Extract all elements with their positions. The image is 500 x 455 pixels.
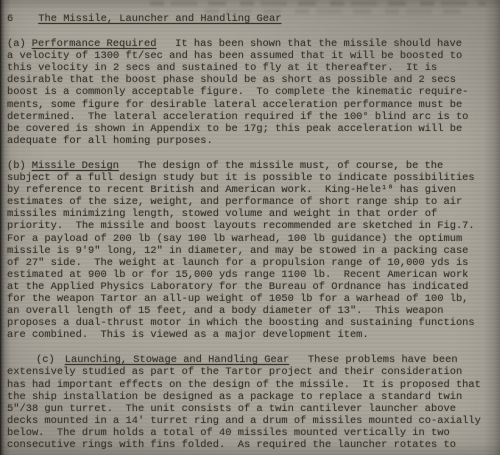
text-line: consecutive rings with fins folded. As r… [7,439,494,451]
text-line: determined. The lateral acceleration req… [7,111,494,123]
text-line: ments, some figure for desirable lateral… [7,99,494,111]
text-line: of 27" side. The weight at launch for a … [7,257,494,269]
section-heading: 6The Missile, Launcher and Handling Gear [7,13,494,25]
text-line: below. The drum holds a total of 40 miss… [7,427,494,439]
text-line: subject of a full design study but it is… [7,172,494,184]
text-line: be covered is shown in Appendix to be 17… [7,123,494,135]
bleed-through-ghost-text [150,1,486,6]
text-line: (c)Launching, Stowage and Handling Gear … [7,354,494,366]
paragraph-title: Performance Required [32,38,157,50]
paragraph-missile-design: (b)Missile Design The design of the miss… [7,160,494,341]
paragraph-label: (b) [7,160,26,172]
heading-title: The Missile, Launcher and Handling Gear [38,13,281,25]
text-line: are combined. This is viewed as a major … [7,329,494,341]
text-line: desirable that the boost phase should be… [7,74,494,86]
text-line: 5"/38 gun turret. The unit consists of a… [7,403,494,415]
paragraph-title: Missile Design [32,160,119,172]
paragraph-performance-required: (a)Performance Required It has been show… [7,38,494,147]
text-line: has had important effects on the design … [7,379,494,391]
text-line: extensively studied as part of the Tarto… [7,366,494,378]
paragraph-body: subject of a full design study but it is… [7,172,494,341]
paragraph-text: These problems have been [289,354,457,366]
paragraph-text: It has been shown that the missile shoul… [156,38,462,50]
text-line: For a payload of 200 lb (say 100 lb warh… [7,233,494,245]
text-line: boost is a commonly acceptable figure. T… [7,86,494,98]
text-line: for the weapon Tartor an all-up weight o… [7,293,494,305]
text-line: (b)Missile Design The design of the miss… [7,160,494,172]
text-line: priority. The missile and boost layouts … [7,220,494,232]
paragraph-label: (a) [7,38,26,50]
text-line: missile is 9'9" long, 12" in diameter, a… [7,245,494,257]
page-number: 6 [7,13,13,25]
paragraph-body: extensively studied as part of the Tarto… [7,366,494,451]
paragraph-label: (c) [36,354,55,366]
paragraph-title: Launching, Stowage and Handling Gear [65,354,289,366]
text-line: this velocity in 2 secs and sustained to… [7,62,494,74]
text-line: estimated at 900 lb or for 15,000 yds ra… [7,269,494,281]
scanned-document-page: 6The Missile, Launcher and Handling Gear… [0,0,500,455]
text-line: at the Applied Physics Laboratory for th… [7,281,494,293]
text-line: (a)Performance Required It has been show… [7,38,494,50]
document-text: 6The Missile, Launcher and Handling Gear… [7,13,494,451]
text-line: decks mounted in a 14' turret ring and a… [7,415,494,427]
paragraph-body: a velocity of 1300 ft/sec and has been a… [7,50,494,147]
paragraph-launching-stowage: (c)Launching, Stowage and Handling Gear … [7,354,494,451]
text-line: estimates of the size, weight, and perfo… [7,196,494,208]
paragraph-text: The design of the missile must, of cours… [119,160,443,172]
text-line: a velocity of 1300 ft/sec and has been a… [7,50,494,62]
text-line: missiles minimizing length, stowed volum… [7,208,494,220]
text-line: adequate for all homing purposes. [7,135,494,147]
text-line: proposes a dual-thrust motor in which th… [7,317,494,329]
text-line: an overall length of 15 feet, and a body… [7,305,494,317]
text-line: the ship installation be designed as a p… [7,391,494,403]
text-line: by reference to recent British and Ameri… [7,184,494,196]
